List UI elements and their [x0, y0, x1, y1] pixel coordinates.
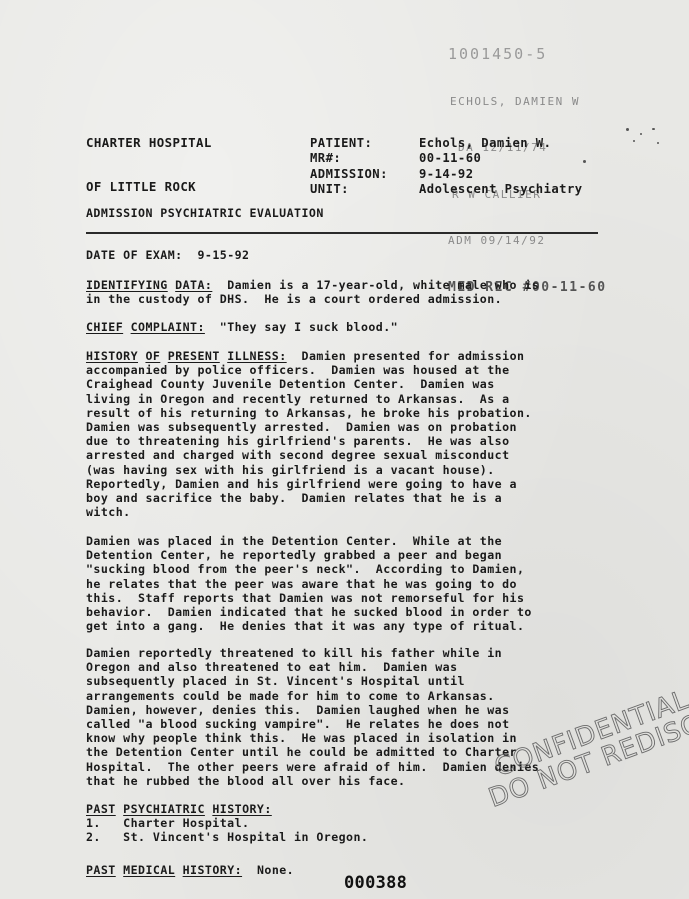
- section-heading: HISTORY:: [212, 802, 271, 816]
- mr-value: 00-11-60: [419, 151, 583, 166]
- date-of-exam: DATE OF EXAM: 9-15-92: [86, 248, 249, 262]
- paragraph-line: Oregon and also threatened to eat him. D…: [86, 660, 539, 674]
- paragraph-line: result of his returning to Arkansas, he …: [86, 406, 532, 420]
- section-heading: OF: [145, 349, 160, 363]
- patient-value: Echols, Damien W.: [419, 136, 583, 151]
- paragraph-line: behavior. Damien indicated that he sucke…: [86, 605, 532, 619]
- paragraph-line: (was having sex with his girlfriend is a…: [86, 463, 532, 477]
- list-item: 1. Charter Hospital.: [86, 816, 368, 830]
- section-heading: MEDICAL: [123, 863, 175, 877]
- stamp-line: ECHOLS, DAMIEN W: [450, 94, 607, 110]
- paragraph-line: in the custody of DHS. He is a court ord…: [86, 292, 539, 306]
- speck: [633, 140, 635, 142]
- document-page: 1001450-5 ECHOLS, DAMIEN W DA 12/11/74 R…: [0, 0, 689, 899]
- section-heading: HISTORY:: [183, 863, 242, 877]
- stamp-doc-id: 1001450-5: [448, 47, 607, 63]
- history-section: HISTORY OF PRESENT ILLNESS: Damien prese…: [86, 349, 532, 519]
- paragraph-line: boy and sacrifice the baby. Damien relat…: [86, 491, 532, 505]
- paragraph-line: he relates that the peer was aware that …: [86, 577, 532, 591]
- paragraph-line: Damien reportedly threatened to kill his…: [86, 646, 539, 660]
- paragraph-line: subsequently placed in St. Vincent's Hos…: [86, 674, 539, 688]
- stamp-line: ADM 09/14/92: [448, 233, 607, 249]
- paragraph-line: living in Oregon and recently returned t…: [86, 392, 532, 406]
- speck: [640, 133, 642, 135]
- document-title: ADMISSION PSYCHIATRIC EVALUATION: [86, 206, 324, 220]
- bates-number: 000388: [344, 873, 407, 893]
- section-heading: ILLNESS:: [227, 349, 286, 363]
- paragraph-line: the Detention Center until he could be a…: [86, 745, 539, 759]
- admission-value: 9-14-92: [419, 167, 583, 182]
- section-heading: HISTORY: [86, 349, 138, 363]
- title-rule: [86, 232, 598, 234]
- section-heading: PAST: [86, 863, 116, 877]
- paragraph-line: know why people think this. He was place…: [86, 731, 539, 745]
- hospital-line-1: CHARTER HOSPITAL: [86, 136, 212, 151]
- paragraph-line: "sucking blood from the peer's neck". Ac…: [86, 562, 532, 576]
- paragraph-line: arrangements could be made for him to co…: [86, 689, 539, 703]
- section-heading: PSYCHIATRIC: [123, 802, 205, 816]
- past-psychiatric-history-section: PAST PSYCHIATRIC HISTORY:1. Charter Hosp…: [86, 802, 368, 845]
- patient-label: PATIENT:: [310, 136, 419, 151]
- section-heading: COMPLAINT:: [131, 320, 205, 334]
- date-of-exam-value: 9-15-92: [197, 248, 249, 262]
- paragraph-line: this. Staff reports that Damien was not …: [86, 591, 532, 605]
- paragraph-line: Damien presented for admission: [302, 349, 525, 363]
- identifying-data-section: IDENTIFYING DATA: Damien is a 17-year-ol…: [86, 278, 539, 306]
- speck: [626, 128, 629, 131]
- history-paragraph-2: Damien was placed in the Detention Cente…: [86, 534, 532, 633]
- paragraph-line: Damien is a 17-year-old, white male who …: [227, 278, 539, 292]
- section-heading: IDENTIFYING: [86, 278, 168, 292]
- paragraph-line: Craighead County Juvenile Detention Cent…: [86, 377, 532, 391]
- section-heading: PRESENT: [168, 349, 220, 363]
- paragraph-line: Damien was placed in the Detention Cente…: [86, 534, 532, 548]
- hospital-line-2: OF LITTLE ROCK: [86, 180, 212, 195]
- paragraph-line: Reportedly, Damien and his girlfriend we…: [86, 477, 532, 491]
- section-heading: PAST: [86, 802, 116, 816]
- chief-complaint-text: "They say I suck blood.": [220, 320, 398, 334]
- past-medical-history-section: PAST MEDICAL HISTORY: None.: [86, 863, 294, 877]
- paragraph-line: accompanied by police officers. Damien w…: [86, 363, 532, 377]
- paragraph-line: due to threatening his girlfriend's pare…: [86, 434, 532, 448]
- paragraph-line: that he rubbed the blood all over his fa…: [86, 774, 539, 788]
- unit-label: UNIT:: [310, 182, 419, 197]
- paragraph-line: Damien was subsequently arrested. Damien…: [86, 420, 532, 434]
- speck: [583, 160, 586, 163]
- paragraph-line: called "a blood sucking vampire". He rel…: [86, 717, 539, 731]
- unit-value: Adolescent Psychiatry: [419, 182, 583, 197]
- speck: [652, 128, 655, 130]
- section-heading: DATA:: [175, 278, 212, 292]
- paragraph-line: witch.: [86, 505, 532, 519]
- history-paragraph-3: Damien reportedly threatened to kill his…: [86, 646, 539, 788]
- paragraph-line: Damien, however, denies this. Damien lau…: [86, 703, 539, 717]
- paragraph-line: Detention Center, he reportedly grabbed …: [86, 548, 532, 562]
- paragraph-line: Hospital. The other peers were afraid of…: [86, 760, 539, 774]
- chief-complaint-section: CHIEF COMPLAINT: "They say I suck blood.…: [86, 320, 398, 334]
- paragraph-line: arrested and charged with second degree …: [86, 448, 532, 462]
- date-of-exam-label: DATE OF EXAM:: [86, 248, 183, 262]
- speck: [657, 142, 659, 144]
- history-paragraph-1: accompanied by police officers. Damien w…: [86, 363, 532, 519]
- past-medical-history-text: None.: [257, 863, 294, 877]
- patient-info: PATIENT: Echols, Damien W. MR#: 00-11-60…: [310, 136, 583, 197]
- paragraph-line: get into a gang. He denies that it was a…: [86, 619, 532, 633]
- section-heading: CHIEF: [86, 320, 123, 334]
- mr-label: MR#:: [310, 151, 419, 166]
- admission-label: ADMISSION:: [310, 167, 419, 182]
- list-item: 2. St. Vincent's Hospital in Oregon.: [86, 830, 368, 844]
